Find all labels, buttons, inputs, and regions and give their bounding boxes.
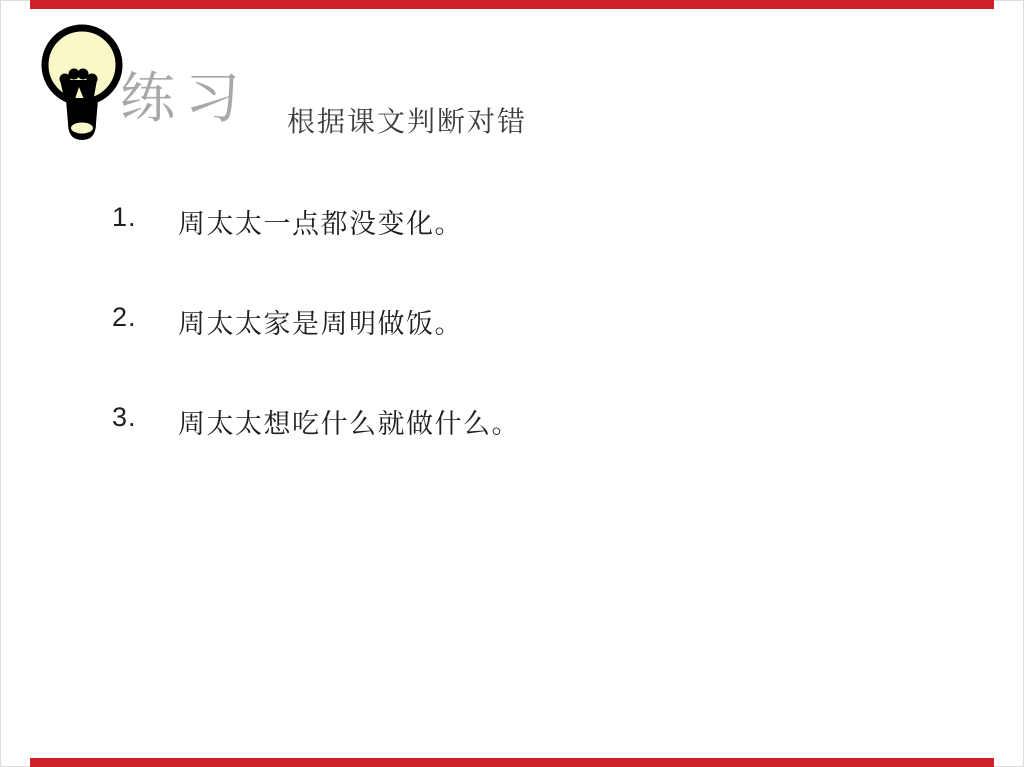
exercise-list: 1. 周太太一点都没变化。 2. 周太太家是周明做饭。 3. 周太太想吃什么就做… <box>112 202 520 502</box>
top-accent-bar <box>30 0 994 9</box>
list-item: 3. 周太太想吃什么就做什么。 <box>112 402 520 441</box>
slide: 练习 根据课文判断对错 1. 周太太一点都没变化。 2. 周太太家是周明做饭。 … <box>0 0 1024 767</box>
page-subtitle: 根据课文判断对错 <box>287 100 527 140</box>
list-item: 2. 周太太家是周明做饭。 <box>112 302 520 341</box>
page-title: 练习 <box>120 68 250 129</box>
bottom-accent-bar <box>30 758 994 767</box>
item-text: 周太太想吃什么就做什么。 <box>178 402 520 441</box>
item-number: 2. <box>112 302 178 333</box>
item-number: 3. <box>112 402 178 433</box>
item-number: 1. <box>112 202 178 233</box>
list-item: 1. 周太太一点都没变化。 <box>112 202 520 241</box>
item-text: 周太太一点都没变化。 <box>178 202 463 241</box>
item-text: 周太太家是周明做饭。 <box>178 302 463 341</box>
